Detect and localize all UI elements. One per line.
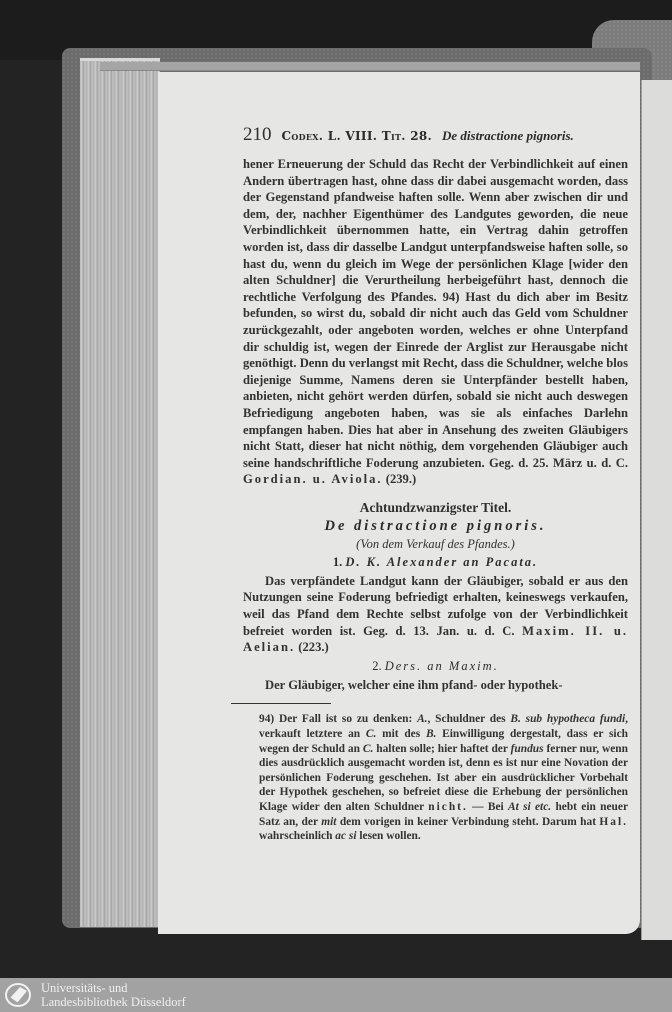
footnote-separator	[231, 703, 331, 704]
page-stack-edge	[80, 58, 160, 927]
page-top-edge	[100, 62, 640, 71]
book-icon	[4, 982, 32, 1008]
rescript-1-text: Das verpfändete Landgut kann der Gläubig…	[243, 573, 628, 656]
facing-page-edge	[641, 80, 672, 940]
german-subtitle: (Von dem Verkauf des Pfandes.)	[243, 537, 628, 552]
library-logo-text: Universitäts- und Landesbibliothek Düsse…	[41, 981, 186, 1009]
running-header: 210 Codex. L. VIII. Tit. 28. De distract…	[243, 124, 628, 146]
library-footer: Universitäts- und Landesbibliothek Düsse…	[0, 978, 672, 1012]
page-content: 210 Codex. L. VIII. Tit. 28. De distract…	[243, 124, 628, 844]
page-number: 210	[243, 124, 272, 146]
footnote-94: 94) Der Fall ist so zu denken: A., Schul…	[243, 712, 628, 843]
body-text: hener Erneuerung der Schuld das Recht de…	[243, 156, 628, 488]
running-head: Codex. L. VIII. Tit. 28.	[282, 129, 432, 143]
paragraph: hener Erneuerung der Schuld das Recht de…	[243, 156, 628, 488]
running-title: De distractione pignoris.	[442, 128, 574, 144]
rescript-2-text: Der Gläubiger, welcher eine ihm pfand- o…	[243, 677, 628, 694]
latin-title: De distractione pignoris.	[243, 518, 628, 535]
rescript-1-heading: 1. D. K. Alexander an Pacata.	[243, 555, 628, 570]
rescript-2-heading: 2. Ders. an Maxim.	[243, 659, 628, 674]
title-heading: Achtundzwanzigster Titel.	[243, 500, 628, 516]
